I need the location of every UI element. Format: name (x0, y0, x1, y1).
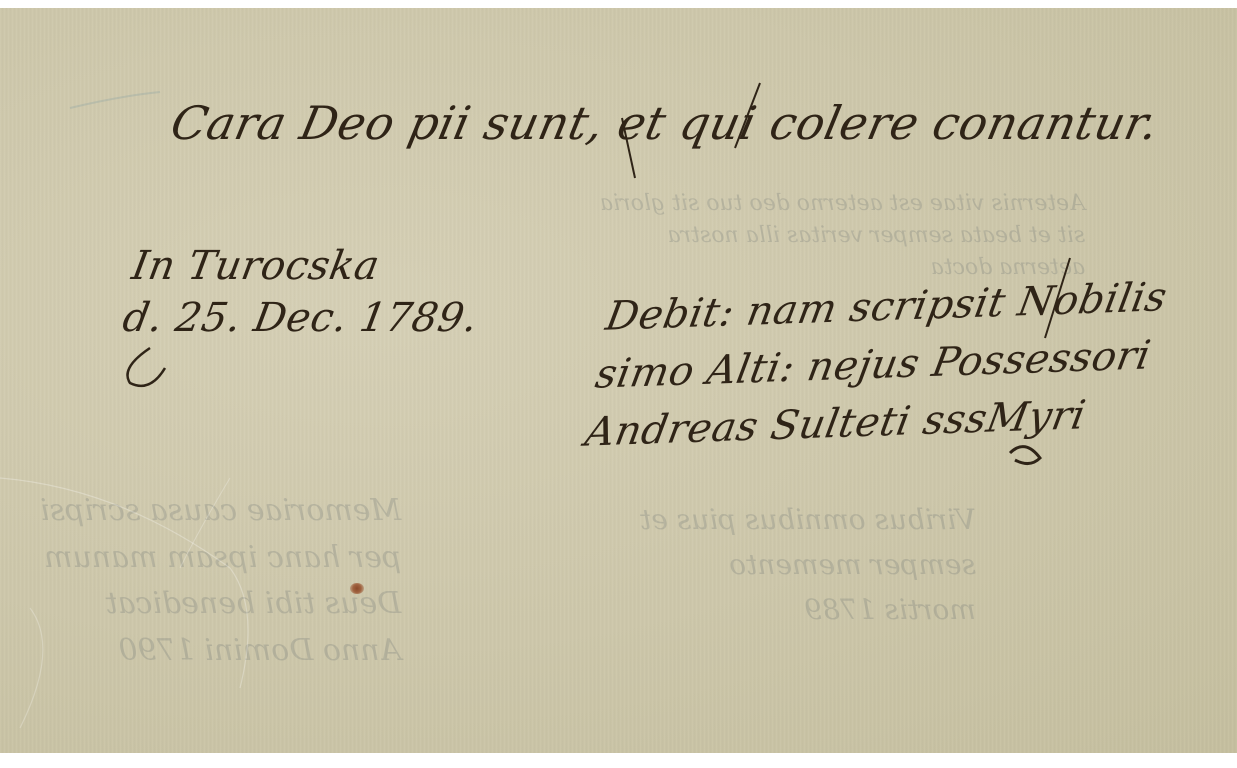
signature-block: Debit: nam scripsit Nobilis simo Alti: n… (581, 268, 1172, 461)
manuscript-page: Aeternis vitae est aeterno deo tuo sit g… (0, 8, 1237, 753)
date-line: d. 25. Dec. 1789. (119, 292, 482, 344)
place-line: In Turocska (128, 240, 491, 292)
bleed-through-lower-right: Viribus omnibus pius et semper memento m… (640, 498, 976, 632)
bleed-through-lower-left: Memoriae causa scripsi per hanc ipsam ma… (40, 488, 401, 674)
bleed-through-upper: Aeternis vitae est aeterno deo tuo sit g… (600, 188, 1085, 284)
place-date-block: In Turocska d. 25. Dec. 1789. (119, 240, 491, 344)
motto-line: Cara Deo pii sunt, et qui colere conantu… (166, 96, 1163, 150)
stain-spot (350, 583, 364, 594)
